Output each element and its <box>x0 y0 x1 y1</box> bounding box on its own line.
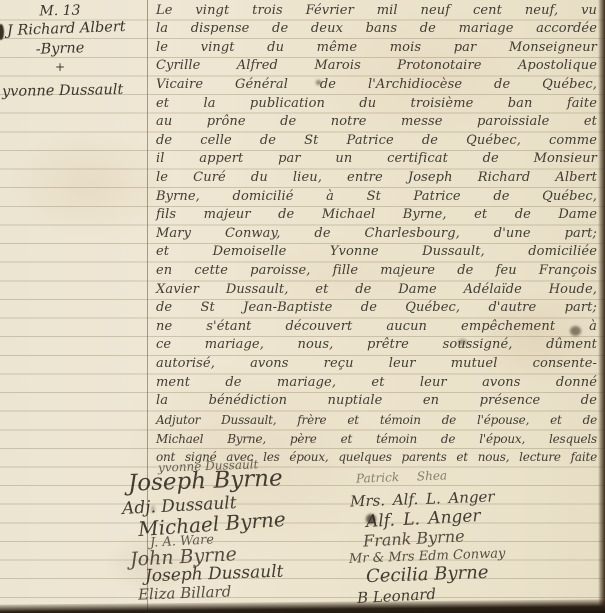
signature-cecilia-byrne: Cecilia Byrne <box>366 562 489 587</box>
body-line: de St Jean-Baptiste de Québec, d'autre p… <box>156 299 597 318</box>
margin-groom-name-line2: -Byrne <box>0 39 120 59</box>
margin-bride-name: yvonne Dussault <box>2 82 124 100</box>
body-line: le Curé du lieu, entre Joseph Richard Al… <box>156 169 597 188</box>
body-line: Cyrille Alfred Marois Protonotaire Apost… <box>156 57 597 76</box>
ink-smudge <box>366 514 376 524</box>
body-line: Mary Conway, de Charlesbourg, d'une part… <box>156 225 597 244</box>
body-line: et la publication du troisième ban faite <box>156 95 597 114</box>
signature-patrick-shea-pencil: Patrick Shea <box>356 468 448 485</box>
body-line: autorisé, avons reçu leur mutuel consent… <box>156 355 597 374</box>
body-line: en cette paroisse, fille majeure de feu … <box>156 262 597 281</box>
page-edge-mark <box>0 24 4 40</box>
signature-joseph-byrne: Joseph Byrne <box>128 465 283 496</box>
signature-frank-byrne: Frank Byrne <box>363 526 465 550</box>
body-line: ne s'étant découvert aucun empêchement à <box>156 318 597 337</box>
ink-smudge <box>570 326 581 336</box>
scan-bottom-edge <box>0 599 605 613</box>
register-page-scan: M. 13 J Richard Albert -Byrne + yvonne D… <box>0 0 605 613</box>
body-line: la bénédiction nuptiale en présence de <box>156 392 597 411</box>
body-line: le vingt du même mois par Monseigneur <box>156 39 597 58</box>
body-line: de celle de St Patrice de Québec, comme <box>156 132 597 151</box>
margin-joiner-cross: + <box>0 60 120 74</box>
body-line: Xavier Dussault, et de Dame Adélaïde Hou… <box>156 281 597 300</box>
body-line: Byrne, domicilié à St Patrice de Québec, <box>156 188 597 207</box>
signature-eliza-billard: Eliza Billard <box>138 582 232 603</box>
scan-right-edge <box>598 0 605 613</box>
act-body-text: Le vingt trois Février mil neuf cent neu… <box>156 2 597 467</box>
body-line: Michael Byrne, père et témoin de l'époux… <box>156 430 597 449</box>
body-line: Le vingt trois Février mil neuf cent neu… <box>156 2 597 21</box>
body-line: il appert par un certificat de Monsieur <box>156 150 597 169</box>
ink-smudge <box>151 505 155 513</box>
body-line: au prône de notre messe paroissiale et <box>156 113 597 132</box>
body-line: Adjutor Dussault, frère et témoin de l'é… <box>156 411 597 430</box>
body-line: la dispense de deux bans de mariage acco… <box>156 20 597 39</box>
body-line: Vicaire Général de l'Archidiocèse de Qué… <box>156 76 597 95</box>
entry-number: M. 13 <box>0 2 120 20</box>
body-line: ce mariage, nous, prêtre soussigné, dûme… <box>156 336 597 355</box>
ink-smudge <box>458 339 467 345</box>
body-line: fils majeur de Michael Byrne, et de Dame <box>156 206 597 225</box>
body-line: et Demoiselle Yvonne Dussault, domicilié… <box>156 243 597 262</box>
margin-groom-name-line1: J Richard Albert <box>7 19 126 39</box>
body-line: ment de mariage, et leur avons donné <box>156 374 597 393</box>
ink-smudge <box>316 80 321 85</box>
